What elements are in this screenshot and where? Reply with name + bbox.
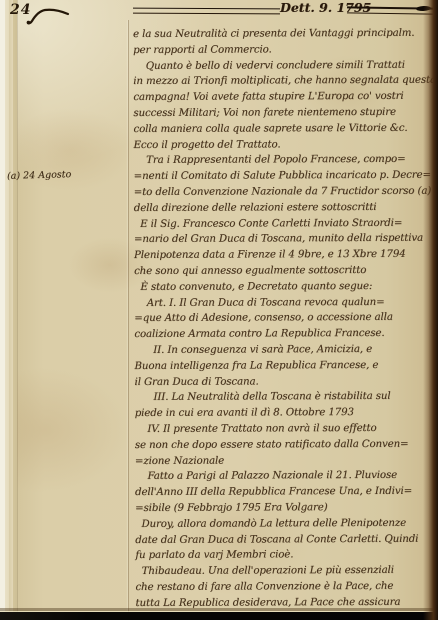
manuscript-line: dell'Anno III della Repubblica Francese … xyxy=(135,484,438,501)
manuscript-line: Ecco il progetto del Trattato. xyxy=(133,136,436,153)
manuscript-line: Fatto a Parigi al Palazzo Nazionale il 2… xyxy=(135,468,438,485)
manuscript-line: =nenti il Comitato di Salute Pubblica in… xyxy=(134,168,437,185)
manuscript-line: =que Atto di Adesione, consenso, o acces… xyxy=(134,310,437,327)
manuscript-line: Buona intelligenza fra La Republica Fran… xyxy=(134,357,437,374)
right-book-edge xyxy=(423,0,438,620)
manuscript-line: II. In conseguenza vi sarà Pace, Amicizi… xyxy=(134,342,437,359)
manuscript-line: =nario del Gran Duca di Toscana, munito … xyxy=(134,231,437,248)
manuscript-line: Plenipotenza data a Firenze il 4 9bre, e… xyxy=(134,247,437,264)
page-number-flourish-icon xyxy=(26,5,70,25)
manuscript-line: per rapporti al Commercio. xyxy=(133,41,436,58)
manuscript-line: il Gran Duca di Toscana. xyxy=(135,373,438,390)
margin-fold-crease xyxy=(128,20,129,612)
manuscript-line: Quanto è bello di vedervi concludere sim… xyxy=(133,57,436,74)
manuscript-line: =zione Nazionale xyxy=(135,452,438,469)
manuscript-line: successi Militari; Voi non farete niente… xyxy=(133,105,436,122)
margin-note: (a) 24 Agosto xyxy=(7,169,72,182)
manuscript-line: date dal Gran Duca di Toscana al Conte C… xyxy=(135,531,438,548)
manuscript-line: E il Sig. Francesco Conte Carletti Invia… xyxy=(134,215,437,232)
bottom-book-edge xyxy=(0,612,438,620)
manuscript-line: della direzione delle relazioni estere s… xyxy=(134,199,437,216)
manuscript-line: che sono qui annesso egualmente sottoscr… xyxy=(134,263,437,280)
manuscript-line: in mezzo ai Trionfi moltiplicati, che ha… xyxy=(133,73,436,90)
manuscript-line: Thibaudeau. Una dell'operazioni Le più e… xyxy=(135,563,438,580)
manuscript-line: e la sua Neutralità ci presenta dei Vant… xyxy=(133,26,436,43)
manuscript-line: coalizione Armata contro La Republica Fr… xyxy=(134,326,437,343)
manuscript-line: =to della Convenzione Nazionale da 7 Fru… xyxy=(134,184,437,201)
manuscript-line: Duroy, allora domandò La lettura delle P… xyxy=(135,515,438,532)
manuscript-line: IV. Il presente Trattato non avrà il suo… xyxy=(135,421,438,438)
manuscript-line: Tra i Rappresentanti del Popolo Francese… xyxy=(134,152,437,169)
manuscript-line: III. La Neutralità della Toscana è rista… xyxy=(135,389,438,406)
manuscript-line: campagna! Voi avete fatta stupire L'Euro… xyxy=(133,89,436,106)
manuscript-line: colla maniera colla quale saprete usare … xyxy=(133,120,436,137)
manuscript-line: che restano di fare alla Convenzione è l… xyxy=(135,579,438,596)
manuscript-text: e la sua Neutralità ci presenta dei Vant… xyxy=(133,26,438,612)
manuscript-line: piede in cui era avanti il dì 8. Ottobre… xyxy=(135,405,438,422)
left-binding-page-edges xyxy=(0,0,18,620)
manuscript-line: Art. I. Il Gran Duca di Toscana revoca q… xyxy=(134,294,437,311)
manuscript-line: È stato convenuto, e Decretato quanto se… xyxy=(134,278,437,295)
manuscript-line: fu parlato da varj Membri cioè. xyxy=(135,547,438,564)
manuscript-page: 24 Dett. 9. 1795 (a) 24 Agosto e la sua … xyxy=(0,0,438,620)
manuscript-line: =sibile (9 Febbrajo 1795 Era Volgare) xyxy=(135,500,438,517)
header-rule-left xyxy=(133,8,280,15)
manuscript-line: se non che dopo essere stato ratificato … xyxy=(135,436,438,453)
